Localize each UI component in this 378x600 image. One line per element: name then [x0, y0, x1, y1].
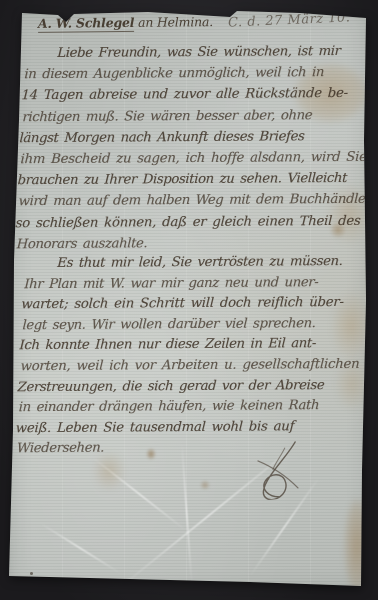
letter-line: richtigen muß. Sie wären besser aber, oh… — [22, 104, 367, 128]
letter-line: ihm Bescheid zu sagen, ich hoffe alsdann… — [20, 147, 365, 171]
ink-speck — [221, 13, 225, 16]
letter-line: längst Morgen nach Ankunft dieses Briefe… — [19, 126, 366, 150]
ink-speck — [30, 572, 33, 575]
letter-line: in diesem Augenblicke unmöglich, weil ic… — [24, 62, 369, 86]
letter-line: Zerstreuungen, die sich gerad vor der Ab… — [17, 375, 364, 398]
letter-line: legt seyn. Wir wollen darüber viel sprec… — [22, 314, 367, 337]
letter-heading: A. W. Schlegel an Helmina. — [38, 14, 213, 31]
letter-paragraph-2: Es thut mir leid, Sie vertrösten zu müss… — [14, 252, 369, 460]
letter-line: weiß. Leben Sie tausendmal wohl bis auf — [15, 417, 362, 440]
letter-line: Wiedersehen. — [16, 437, 361, 460]
letter-date: C. d. 27 März 10. — [228, 10, 351, 30]
signature-monogram — [243, 438, 311, 502]
letter-line: 14 Tagen abreise und zuvor alle Rückstän… — [21, 83, 368, 107]
letter-line: Es thut mir leid, Sie vertrösten zu müss… — [23, 252, 370, 275]
paper-shadow: A. W. Schlegel an Helmina. C. d. 27 März… — [0, 0, 378, 600]
letter-line: in einander drängen häufen, wie keinen R… — [18, 396, 363, 419]
stain-mark — [200, 480, 210, 490]
scan-background: A. W. Schlegel an Helmina. C. d. 27 März… — [0, 0, 378, 600]
heading-recipient: an Helmina. — [134, 14, 213, 30]
stain-mark — [344, 498, 370, 594]
letter-line: Ich konnte Ihnen nur diese Zeilen in Eil… — [19, 334, 366, 357]
letter-line: Ihr Plan mit W. war mir ganz neu und une… — [24, 272, 369, 295]
letter-line: wird man auf dem halben Weg mit dem Buch… — [18, 189, 363, 213]
crease-line — [40, 522, 121, 574]
crease-line — [181, 443, 192, 585]
letter-line: wartet; solch ein Schritt will doch reif… — [21, 293, 368, 316]
letter-line: worten, weil ich vor Arbeiten u. gesells… — [20, 355, 365, 378]
letter-line: brauchen zu Ihrer Disposition zu sehen. … — [17, 168, 364, 192]
letter-paper: A. W. Schlegel an Helmina. C. d. 27 März… — [0, 0, 378, 600]
heading-author: A. W. Schlegel — [38, 15, 134, 33]
letter-line: so schließen können, daß er gleich einen… — [15, 210, 362, 234]
letter-paragraph-1: Liebe Freundin, was Sie wünschen, ist mi… — [14, 41, 370, 255]
crease-line — [92, 456, 188, 531]
letter-line: Liebe Freundin, was Sie wünschen, ist mi… — [23, 41, 370, 65]
